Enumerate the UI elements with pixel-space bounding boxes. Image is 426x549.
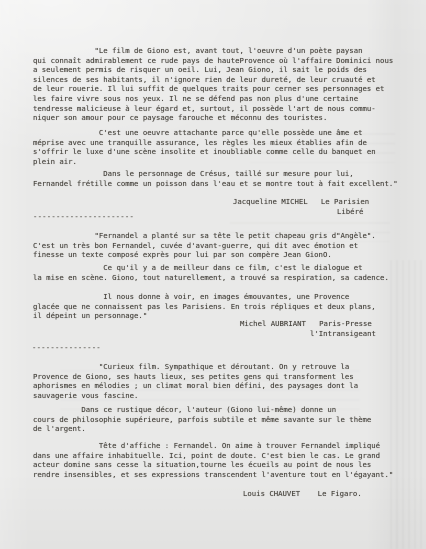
review-signature: Jacqueline MICHEL Le Parisien Libéré: [233, 197, 369, 216]
review-signature: Louis CHAUVET Le Figaro.: [243, 489, 362, 499]
review-signature: Michel AUBRIANT Paris-Presse l'Intransig…: [240, 319, 376, 338]
review-paragraph: "Fernandel a planté sur sa tête le petit…: [33, 231, 376, 260]
signature-author-publication: Jacqueline MICHEL Le Parisien: [233, 197, 369, 207]
review-paragraph: "Le film de Giono est, avant tout, l'oeu…: [33, 46, 393, 123]
review-paragraph: Dans le personnage de Crésus, taillé sur…: [33, 169, 398, 188]
review-paragraph: "Curieux film. Sympathique et déroutant.…: [33, 362, 358, 400]
review-paragraph: Il nous donne à voir, en images émouvant…: [33, 292, 376, 321]
scan-edge-streaks: [390, 260, 426, 549]
review-paragraph: Dans ce rustique décor, l'auteur (Giono …: [33, 405, 371, 434]
signature-author-publication: Michel AUBRIANT Paris-Presse: [240, 319, 376, 329]
review-paragraph: Ce qu'il y a de meilleur dans ce film, c…: [33, 263, 389, 282]
review-paragraph: Tête d'affiche : Fernandel. On aime à tr…: [33, 441, 393, 479]
signature-publication-continued: l'Intransigeant: [310, 329, 376, 339]
section-separator: ---------------: [32, 343, 101, 353]
signature-publication-continued: Libéré: [337, 207, 369, 217]
scanned-typewritten-page: "Le film de Giono est, avant tout, l'oeu…: [0, 0, 426, 549]
review-paragraph: C'est une oeuvre attachante parce qu'ell…: [33, 128, 376, 166]
section-separator: ----------------------: [33, 212, 134, 222]
signature-author-publication: Louis CHAUVET Le Figaro.: [243, 489, 362, 499]
